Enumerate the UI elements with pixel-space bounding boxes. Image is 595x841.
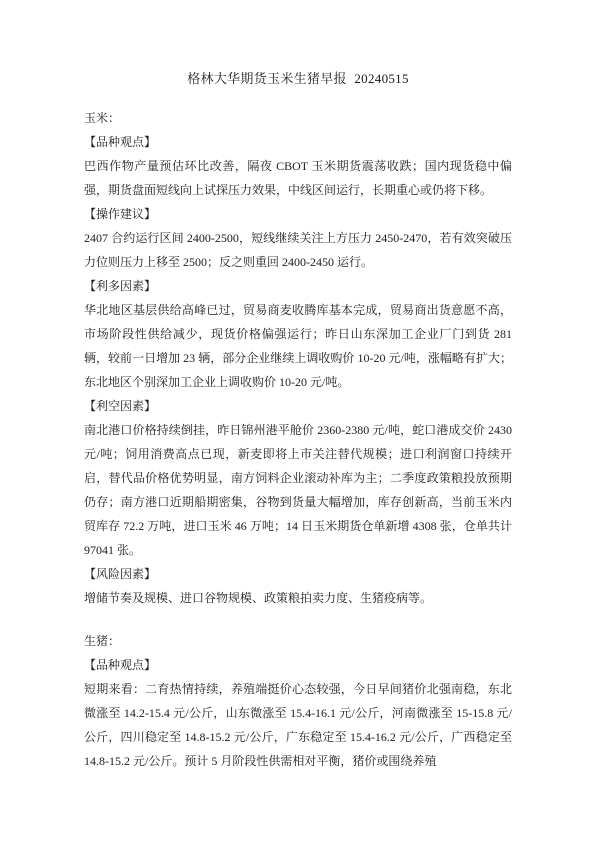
section-corn-label: 玉米： <box>84 106 512 130</box>
block-text-bearish-factors: 南北港口价格持续倒挂，昨日锦州港平舱价 2360-2380 元/吨，蛇口港成交价… <box>84 418 512 562</box>
block-heading-hog-variety-view: 【品种观点】 <box>84 653 512 677</box>
block-operation-advice: 【操作建议】 2407 合约运行区间 2400-2500，短线继续关注上方压力 … <box>84 202 512 274</box>
block-heading-risk-factors: 【风险因素】 <box>84 562 512 586</box>
block-bearish-factors: 【利空因素】 南北港口价格持续倒挂，昨日锦州港平舱价 2360-2380 元/吨… <box>84 394 512 562</box>
block-hog-variety-view: 【品种观点】 短期来看：二育热情持续，养殖端挺价心态较强，今日早间猪价北强南稳，… <box>84 653 512 773</box>
section-hog: 生猪： 【品种观点】 短期来看：二育热情持续，养殖端挺价心态较强，今日早间猪价北… <box>84 629 512 773</box>
block-text-variety-view: 巴西作物产量预估环比改善，隔夜 CBOT 玉米期货震荡收跌；国内现货稳中偏强，期… <box>84 154 512 202</box>
block-bullish-factors: 【利多因素】 华北地区基层供给高峰已过，贸易商麦收腾库基本完成，贸易商出货意愿不… <box>84 274 512 394</box>
section-corn: 玉米： 【品种观点】 巴西作物产量预估环比改善，隔夜 CBOT 玉米期货震荡收跌… <box>84 106 512 610</box>
block-risk-factors: 【风险因素】 增储节奏及规模、进口谷物规模、政策粮拍卖力度、生猪疫病等。 <box>84 562 512 610</box>
page-title: 格林大华期货玉米生猪早报 20240515 <box>84 66 512 92</box>
block-heading-bearish-factors: 【利空因素】 <box>84 394 512 418</box>
document-content: 格林大华期货玉米生猪早报 20240515 玉米： 【品种观点】 巴西作物产量预… <box>0 0 595 773</box>
block-text-hog-variety-view: 短期来看：二育热情持续，养殖端挺价心态较强，今日早间猪价北强南稳，东北微涨至 1… <box>84 677 512 773</box>
block-heading-operation-advice: 【操作建议】 <box>84 202 512 226</box>
block-heading-variety-view: 【品种观点】 <box>84 130 512 154</box>
block-heading-bullish-factors: 【利多因素】 <box>84 274 512 298</box>
section-hog-label: 生猪： <box>84 629 512 653</box>
document-page: 格林大华期货玉米生猪早报 20240515 玉米： 【品种观点】 巴西作物产量预… <box>0 0 595 841</box>
block-text-operation-advice: 2407 合约运行区间 2400-2500，短线继续关注上方压力 2450-24… <box>84 226 512 274</box>
block-variety-view: 【品种观点】 巴西作物产量预估环比改善，隔夜 CBOT 玉米期货震荡收跌；国内现… <box>84 130 512 202</box>
block-text-risk-factors: 增储节奏及规模、进口谷物规模、政策粮拍卖力度、生猪疫病等。 <box>84 586 512 610</box>
block-text-bullish-factors: 华北地区基层供给高峰已过，贸易商麦收腾库基本完成，贸易商出货意愿不高，市场阶段性… <box>84 298 512 394</box>
